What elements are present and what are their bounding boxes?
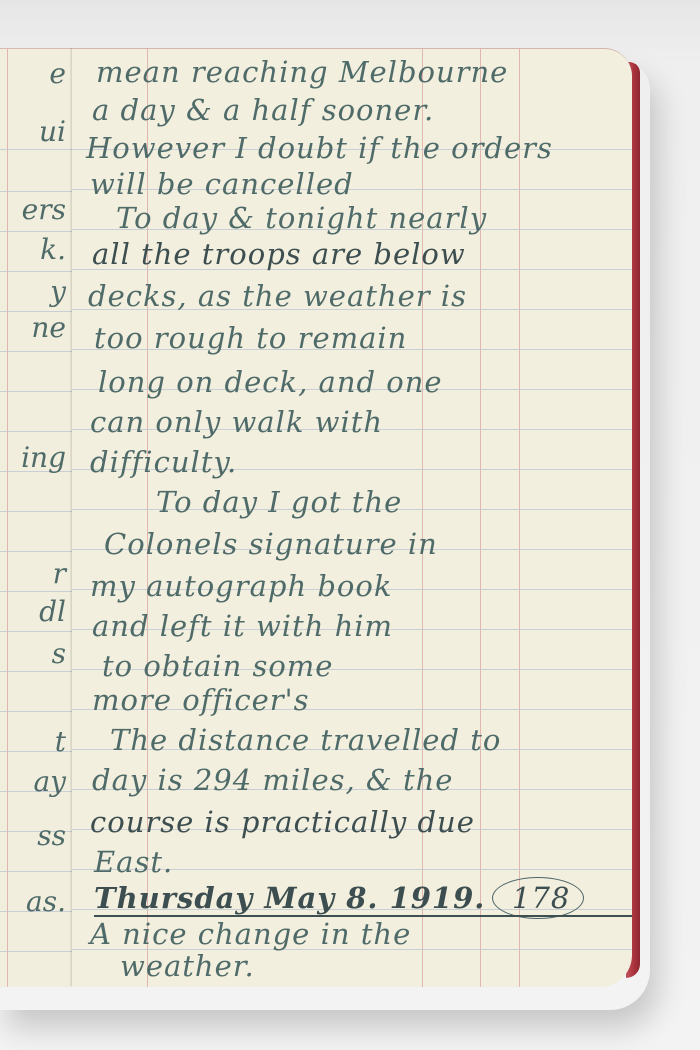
diary-line: can only walk with bbox=[90, 405, 383, 439]
diary-line: my autograph book bbox=[90, 569, 392, 603]
left-text-fragment: r bbox=[53, 557, 66, 590]
left-text-fragment: s bbox=[52, 637, 66, 670]
left-text-fragment: as. bbox=[26, 885, 66, 918]
diary-line: A nice change in the bbox=[90, 917, 411, 951]
ruled-line bbox=[0, 431, 72, 432]
diary-line: long on deck, and one bbox=[98, 365, 443, 399]
diary-line: East. bbox=[94, 845, 173, 879]
ruled-line bbox=[0, 231, 72, 232]
diary-line: mean reaching Melbourne bbox=[96, 55, 508, 89]
ruled-line bbox=[0, 511, 72, 512]
diary-line: The distance travelled to bbox=[110, 723, 501, 757]
diary-line: To day & tonight nearly bbox=[116, 201, 487, 235]
ruled-line bbox=[0, 631, 72, 632]
diary-line: a day & a half sooner. bbox=[92, 93, 434, 127]
diary-line: too rough to remain bbox=[94, 321, 407, 355]
diary-line: weather. bbox=[120, 949, 255, 983]
diary-line: and left it with him bbox=[92, 609, 393, 643]
left-text-fragment: ers bbox=[22, 193, 66, 226]
diary-line: difficulty. bbox=[90, 445, 237, 479]
left-text-fragment: dl bbox=[39, 595, 66, 628]
ruled-line bbox=[0, 391, 72, 392]
diary-line: decks, as the weather is bbox=[88, 279, 467, 313]
diary-line: However I doubt if the orders bbox=[86, 131, 553, 165]
diary-line: more officer's bbox=[92, 683, 310, 717]
ruled-line bbox=[0, 711, 72, 712]
left-text-fragment: ay bbox=[33, 765, 66, 798]
ruled-line bbox=[0, 149, 72, 150]
margin-rule bbox=[7, 49, 8, 987]
ruled-line bbox=[0, 671, 72, 672]
ruled-line bbox=[0, 591, 72, 592]
left-text-fragment: e bbox=[49, 57, 66, 90]
diary-line: Colonels signature in bbox=[104, 527, 438, 561]
diary-line: will be cancelled bbox=[90, 167, 354, 201]
diary-line: to obtain some bbox=[102, 649, 333, 683]
ruled-line bbox=[0, 351, 72, 352]
page-number: 178 bbox=[512, 881, 570, 915]
left-text-fragment: ui bbox=[39, 115, 66, 148]
left-text-fragment: ss bbox=[37, 819, 66, 852]
left-text-fragment: k. bbox=[40, 233, 66, 266]
diary-line: To day I got the bbox=[156, 485, 402, 519]
ruled-line bbox=[0, 551, 72, 552]
left-text-fragment: ne bbox=[31, 311, 66, 344]
left-page: e ui ers k. y ne ing r dl s t ay ss as. bbox=[0, 48, 72, 987]
ruled-line bbox=[0, 871, 72, 872]
right-page: mean reaching Melbourne a day & a half s… bbox=[72, 48, 632, 987]
ruled-line bbox=[0, 271, 72, 272]
left-text-fragment: ing bbox=[21, 441, 66, 474]
date-heading: Thursday May 8. 1919. bbox=[94, 881, 485, 915]
diary-line: course is practically due bbox=[90, 805, 475, 839]
ruled-line bbox=[0, 191, 72, 192]
left-text-fragment: t bbox=[55, 725, 66, 758]
left-text-fragment: y bbox=[50, 275, 66, 308]
diary-line: all the troops are below bbox=[92, 237, 466, 271]
ruled-line bbox=[0, 951, 72, 952]
diary-line: day is 294 miles, & the bbox=[92, 763, 453, 797]
